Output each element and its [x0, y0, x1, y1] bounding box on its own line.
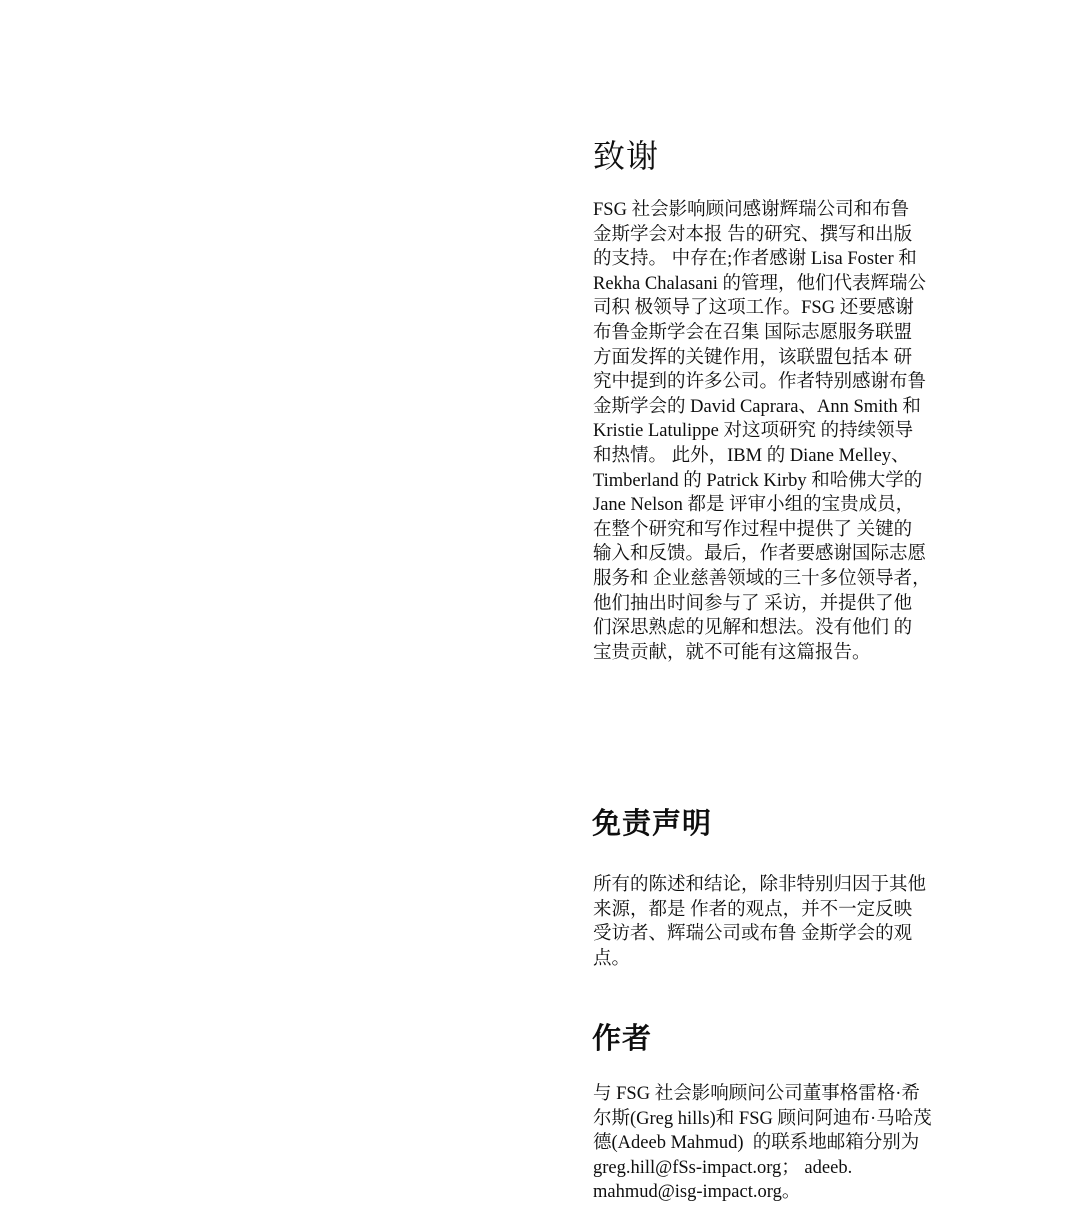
text-line: 方面发挥的关键作用，该联盟包括本 研 — [593, 346, 933, 371]
text-line: 司积 极领导了这项工作。FSG 还要感谢 — [593, 296, 933, 321]
text-line: 所有的陈述和结论，除非特别归因于其他 — [593, 873, 933, 898]
paragraph-disclaimer: 所有的陈述和结论，除非特别归因于其他来源，都是 作者的观点，并不一定反映受访者、… — [593, 873, 933, 971]
text-line: mahmud@isg-impact.org。 — [593, 1180, 933, 1205]
paragraph-acknowledgments: FSG 社会影响顾问感谢辉瑞公司和布鲁金斯学会对本报 告的研究、撰写和出版的支持… — [593, 198, 933, 665]
text-line: 受访者、辉瑞公司或布鲁 金斯学会的观 — [593, 922, 933, 947]
text-line: 宝贵贡献，就不可能有这篇报告。 — [593, 641, 933, 666]
text-line: 输入和反馈。最后，作者要感谢国际志愿 — [593, 542, 933, 567]
text-line: greg.hill@fSs-impact.org； adeeb. — [593, 1156, 933, 1181]
heading-disclaimer: 免责声明 — [592, 807, 712, 842]
text-line: 们深思熟虑的见解和想法。没有他们 的 — [593, 616, 933, 641]
text-line: 服务和 企业慈善领域的三十多位领导者， — [593, 567, 933, 592]
text-line: Rekha Chalasani 的管理，他们代表辉瑞公 — [593, 272, 933, 297]
text-line: 与 FSG 社会影响顾问公司董事格雷格·希 — [593, 1082, 933, 1107]
heading-authors: 作者 — [592, 1022, 652, 1057]
text-line: 来源，都是 作者的观点，并不一定反映 — [593, 898, 933, 923]
heading-acknowledgments: 致谢 — [593, 138, 659, 175]
text-line: 和热情。 此外，IBM 的 Diane Melley、 — [593, 444, 933, 469]
text-line: 在整个研究和写作过程中提供了 关键的 — [593, 518, 933, 543]
text-line: FSG 社会影响顾问感谢辉瑞公司和布鲁 — [593, 198, 933, 223]
text-line: 德(Adeeb Mahmud) 的联系地邮箱分别为 — [593, 1131, 933, 1156]
text-line: 究中提到的许多公司。作者特别感谢布鲁 — [593, 370, 933, 395]
text-line: 布鲁金斯学会在召集 国际志愿服务联盟 — [593, 321, 933, 346]
text-line: 的支持。 中存在;作者感谢 Lisa Foster 和 — [593, 247, 933, 272]
text-line: Jane Nelson 都是 评审小组的宝贵成员， — [593, 493, 933, 518]
text-line: Timberland 的 Patrick Kirby 和哈佛大学的 — [593, 469, 933, 494]
text-line: 他们抽出时间参与了 采访，并提供了他 — [593, 592, 933, 617]
text-line: 金斯学会对本报 告的研究、撰写和出版 — [593, 223, 933, 248]
paragraph-authors: 与 FSG 社会影响顾问公司董事格雷格·希尔斯(Greg hills)和 FSG… — [593, 1082, 933, 1205]
text-line: 点。 — [593, 947, 933, 972]
text-line: 尔斯(Greg hills)和 FSG 顾问阿迪布·马哈茂 — [593, 1107, 933, 1132]
document-page: 致谢 FSG 社会影响顾问感谢辉瑞公司和布鲁金斯学会对本报 告的研究、撰写和出版… — [0, 0, 1080, 1225]
text-line: 金斯学会的 David Caprara、Ann Smith 和 — [593, 395, 933, 420]
text-line: Kristie Latulippe 对这项研究 的持续领导 — [593, 419, 933, 444]
